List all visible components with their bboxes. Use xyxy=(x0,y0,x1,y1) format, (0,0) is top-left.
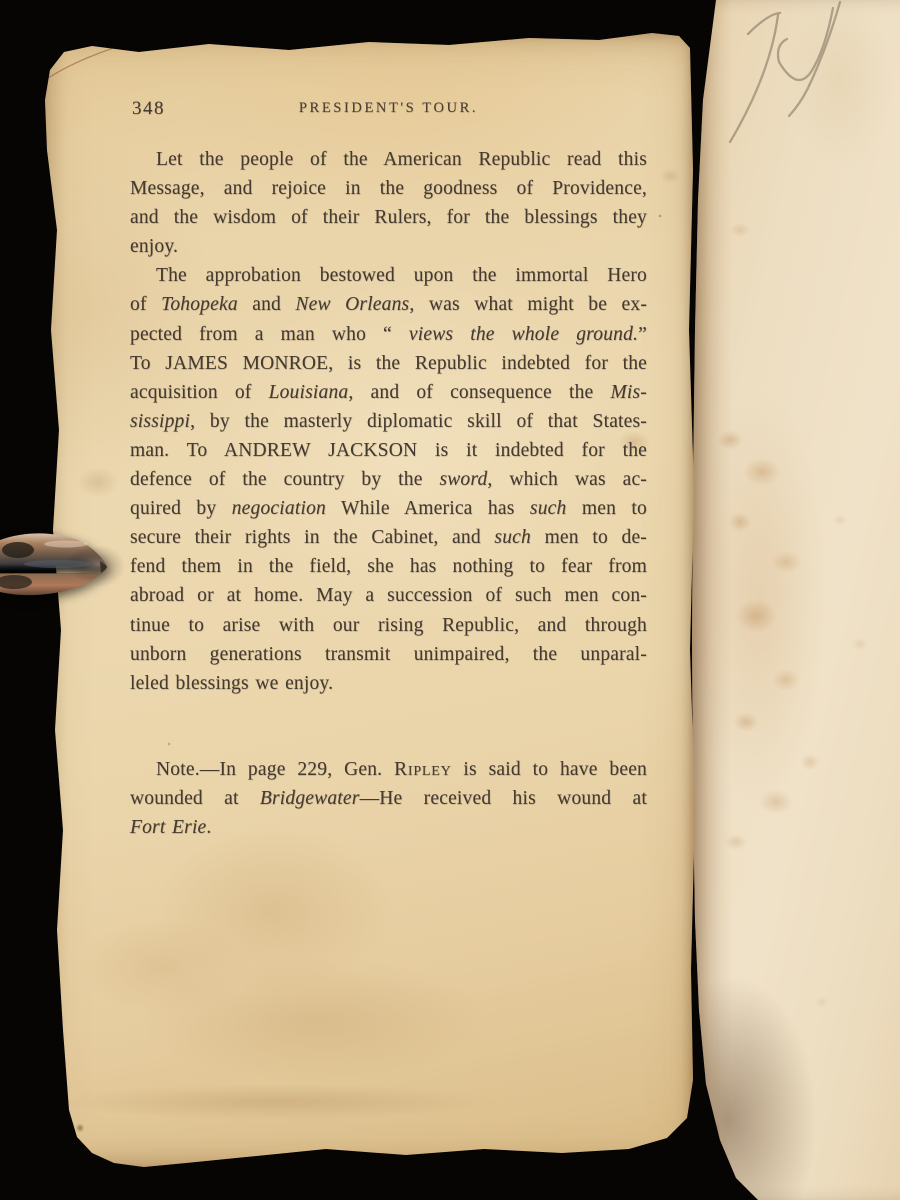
footnote-text: Note.—In page 229, Gen. Ripley is said t… xyxy=(130,755,647,842)
smallcaps-text: Ripley xyxy=(394,759,451,780)
text-span: secure their rights in the Cabinet, and xyxy=(130,527,494,548)
text-line: defence of the country by the sword, whi… xyxy=(130,465,647,494)
text-span: is said to have been xyxy=(452,759,647,780)
italic-text: sword xyxy=(439,469,487,490)
text-line: of Tohopeka and New Orleans, was what mi… xyxy=(130,290,647,319)
text-line: abroad or at home. May a succession of s… xyxy=(130,581,647,610)
text-span: Note.—In page 229, Gen. xyxy=(156,759,394,780)
text-span: abroad or at home. May a succession of s… xyxy=(130,585,647,606)
text-span: To JAMES MONROE, is the Republic indebte… xyxy=(130,353,647,374)
text-line: tinue to arise with our rising Republic,… xyxy=(130,611,647,640)
text-span: quired by xyxy=(130,498,232,519)
text-span: defence of the country by the xyxy=(130,469,439,490)
text-line: The approbation bestowed upon the immort… xyxy=(130,261,647,290)
text-line: man. To ANDREW JACKSON is it indebted fo… xyxy=(130,436,647,465)
text-line: sissippi, by the masterly diplomatic ski… xyxy=(130,407,647,436)
text-line: secure their rights in the Cabinet, and … xyxy=(130,523,647,552)
text-line: fend them in the field, she has nothing … xyxy=(130,552,647,581)
italic-text: negociation xyxy=(232,498,326,519)
text-span: , and of consequence the xyxy=(348,382,610,403)
text-line: Fort Erie. xyxy=(130,813,647,842)
text-span: Message, and rejoice in the goodness of … xyxy=(130,178,647,199)
text-line: Note.—In page 229, Gen. Ripley is said t… xyxy=(130,755,647,784)
italic-text: such xyxy=(494,527,531,548)
body-text: Let the people of the American Republic … xyxy=(130,145,647,698)
text-span: ” xyxy=(638,324,647,345)
text-line: leled blessings we enjoy. xyxy=(130,669,647,698)
text-span: fend them in the field, she has nothing … xyxy=(130,556,647,577)
text-span: , which was ac- xyxy=(487,469,647,490)
text-line: To JAMES MONROE, is the Republic indebte… xyxy=(130,349,647,378)
text-line: Message, and rejoice in the goodness of … xyxy=(130,174,647,203)
text-span: , by the masterly diplomatic skill of th… xyxy=(190,411,647,432)
italic-text: New Orleans xyxy=(295,294,409,315)
text-span: acquisition of xyxy=(130,382,269,403)
facing-page xyxy=(690,0,900,1200)
italic-text: sissippi xyxy=(130,411,190,432)
handwritten-pencil-mark xyxy=(690,0,900,170)
text-span: unborn generations transmit unimpaired, … xyxy=(130,644,647,665)
text-line: quired by negociation While America has … xyxy=(130,494,647,523)
text-line: unborn generations transmit unimpaired, … xyxy=(130,640,647,669)
book-page: 348 PRESIDENT'S TOUR. Let the people of … xyxy=(34,30,698,1176)
page-header: 348 PRESIDENT'S TOUR. xyxy=(130,96,647,126)
book-photograph: 348 PRESIDENT'S TOUR. Let the people of … xyxy=(0,0,900,1200)
text-span: and xyxy=(238,294,296,315)
metal-pointer-nib xyxy=(0,520,120,616)
text-span: . xyxy=(206,817,211,838)
text-span: , was what might be ex- xyxy=(409,294,647,315)
text-span: of xyxy=(130,294,161,315)
text-span: The approbation bestowed upon the immort… xyxy=(156,265,647,286)
text-line: acquisition of Louisiana, and of consequ… xyxy=(130,378,647,407)
text-span: men to de- xyxy=(531,527,647,548)
page-number: 348 xyxy=(132,98,165,120)
text-span: Let the people of the American Republic … xyxy=(156,149,647,170)
text-span: and the wisdom of their Rulers, for the … xyxy=(130,207,647,228)
text-span: pected from a man who “ xyxy=(130,324,409,345)
text-line: wounded at Bridgewater—He received his w… xyxy=(130,784,647,813)
text-span: wounded at xyxy=(130,788,260,809)
running-header: PRESIDENT'S TOUR. xyxy=(130,96,647,117)
italic-text: Fort Erie xyxy=(130,817,206,838)
italic-text: Louisiana xyxy=(269,382,349,403)
text-line: Let the people of the American Republic … xyxy=(130,145,647,174)
italic-text: such xyxy=(530,498,567,519)
italic-text: Mis- xyxy=(610,382,647,403)
text-span: men to xyxy=(566,498,647,519)
italic-text: Tohopeka xyxy=(161,294,238,315)
text-line: pected from a man who “ views the whole … xyxy=(130,320,647,349)
text-span: man. To ANDREW JACKSON is it indebted fo… xyxy=(130,440,647,461)
text-span: leled blessings we enjoy. xyxy=(130,673,333,694)
text-line: and the wisdom of their Rulers, for the … xyxy=(130,203,647,232)
foxing-stains xyxy=(690,0,900,1200)
italic-text: Bridgewater xyxy=(260,788,360,809)
text-span: —He received his wound at xyxy=(360,788,647,809)
text-line: enjoy. xyxy=(130,232,647,261)
corner-crease-line xyxy=(34,30,164,100)
text-span: enjoy. xyxy=(130,236,178,257)
text-span: tinue to arise with our rising Republic,… xyxy=(130,615,647,636)
italic-text: views the whole ground. xyxy=(409,324,638,345)
text-span: While America has xyxy=(326,498,530,519)
